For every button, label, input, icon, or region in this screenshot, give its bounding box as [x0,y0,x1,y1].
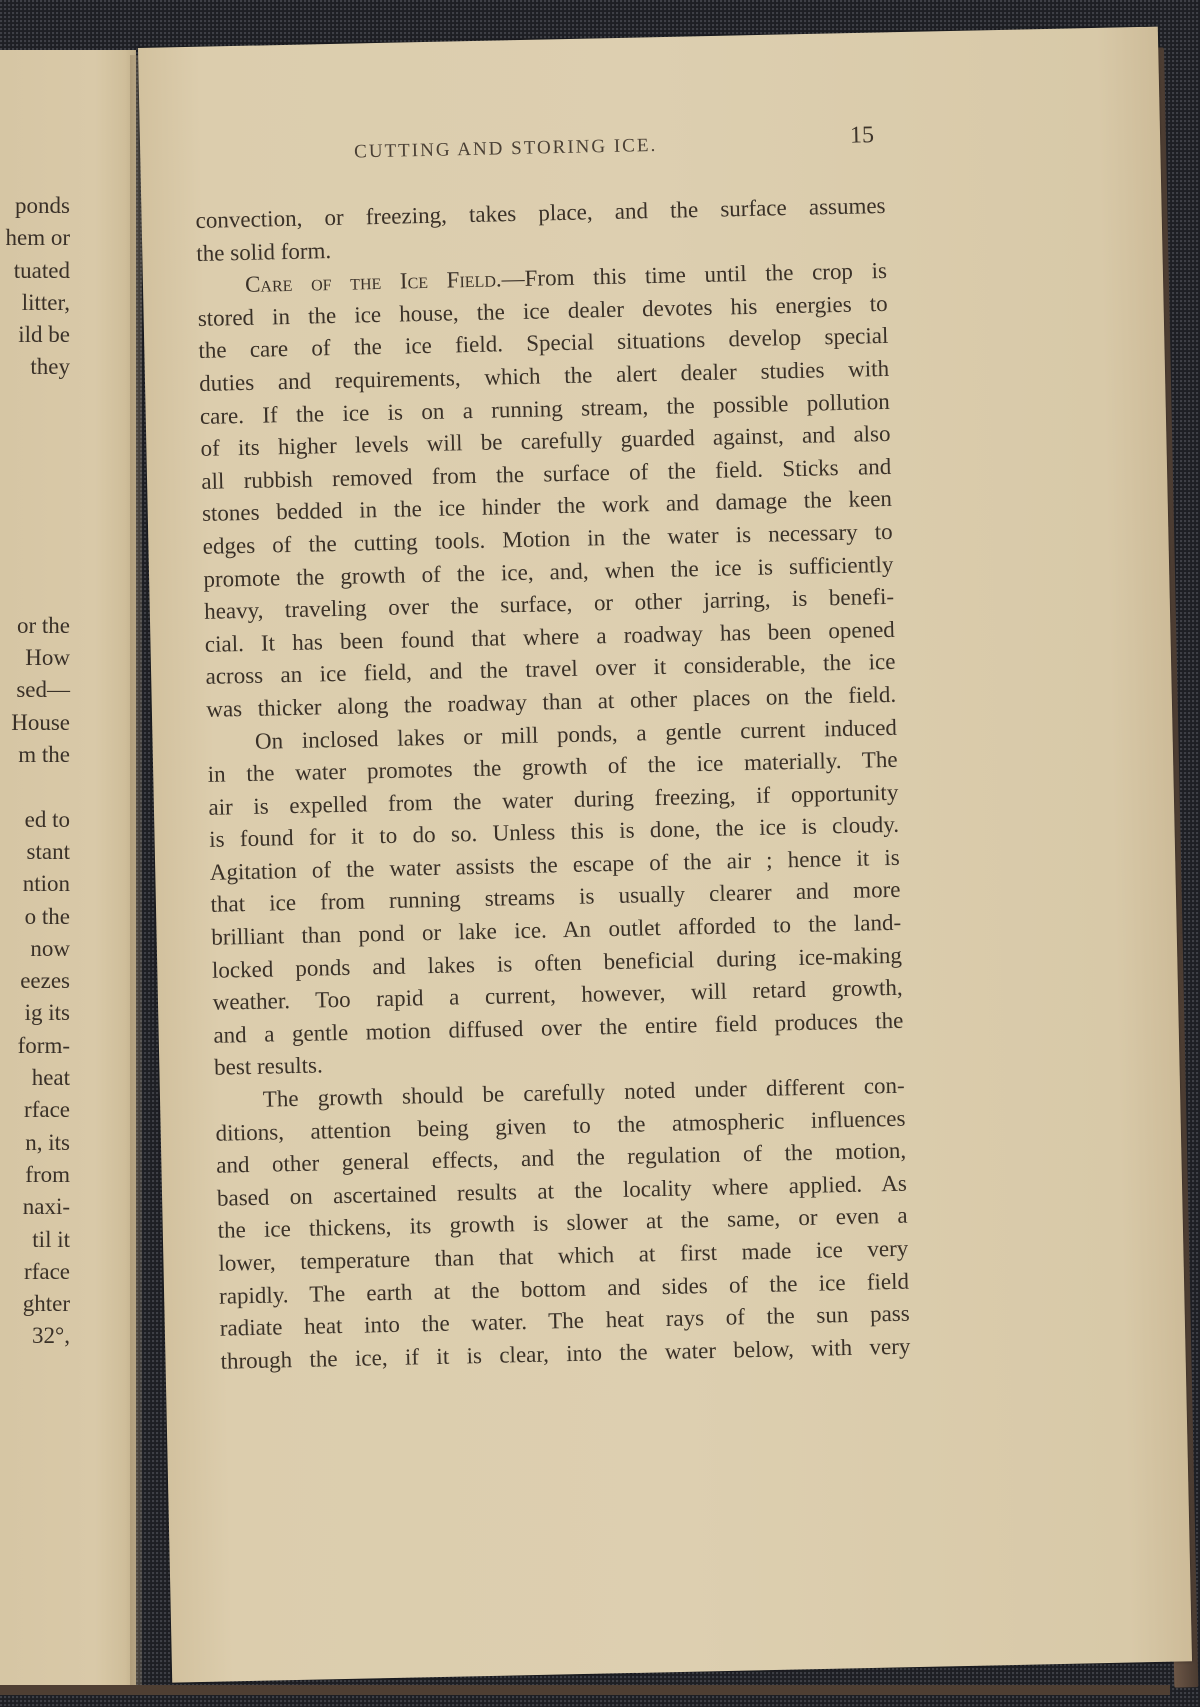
left-line: rface [0,1094,70,1126]
left-line: 32°, [0,1320,70,1352]
book-gutter [130,55,142,1690]
line-text: —From this time until the crop is [501,258,887,291]
left-line: heat [0,1062,70,1094]
cover-bottom-edge [0,1685,1170,1695]
left-line: ponds [0,190,70,222]
left-line: naxi- [0,1191,70,1223]
left-line: How [0,642,70,674]
right-page-content: CUTTING AND STORING ICE. 15 convection, … [194,130,911,1378]
left-line: m the [0,739,70,771]
left-line: sed— [0,674,70,706]
left-line: stant [0,836,70,868]
left-line: til it [0,1224,70,1256]
body-text: convection, or freezing, takes place, an… [195,190,910,1378]
left-line: or the [0,610,70,642]
left-line: form- [0,1030,70,1062]
left-line: ed to [0,804,70,836]
left-line: hem or [0,222,70,254]
left-line: they [0,351,70,383]
page-number: 15 [850,122,875,150]
left-line: ntion [0,868,70,900]
line-text: the solid form. [196,238,331,266]
left-line: tuated [0,255,70,287]
left-line: rface [0,1256,70,1288]
left-line: o the [0,901,70,933]
left-line: House [0,707,70,739]
book-spread: ponds hem or tuated litter, ild be they … [0,0,1200,1707]
left-page-text: ponds hem or tuated litter, ild be they … [0,190,70,1353]
line-text: best results. [214,1053,323,1080]
left-line: ghter [0,1288,70,1320]
left-line: n, its [0,1127,70,1159]
left-line: litter, [0,287,70,319]
left-line: ild be [0,319,70,351]
left-line: eezes [0,965,70,997]
left-line: now [0,933,70,965]
section-heading: Care of the Ice Field. [245,267,502,298]
left-line: from [0,1159,70,1191]
left-line: ig its [0,997,70,1029]
